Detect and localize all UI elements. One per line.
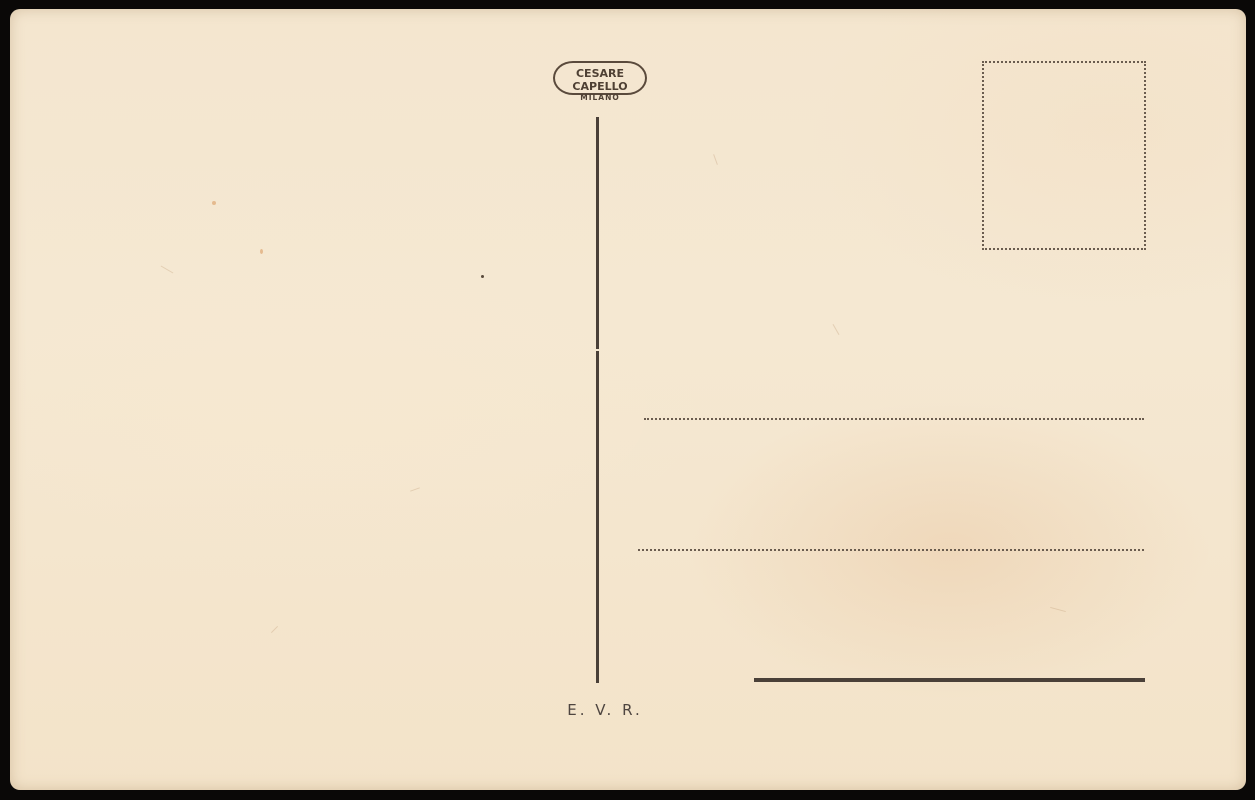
paper-fiber	[271, 626, 278, 633]
address-line-2	[638, 549, 1144, 551]
paper-stain	[212, 201, 216, 205]
address-line-1	[644, 418, 1144, 420]
paper-stain	[260, 249, 263, 254]
paper-fiber	[713, 154, 718, 165]
paper-fiber	[833, 324, 840, 335]
publisher-name: CESARE CAPELLO	[555, 67, 645, 93]
publisher-logo: CESARE CAPELLO MILANO	[553, 61, 647, 95]
paper-fiber	[410, 487, 420, 491]
address-line-3	[754, 678, 1145, 682]
printer-imprint: E. V. R.	[550, 701, 660, 719]
publisher-city: MILANO	[555, 93, 645, 102]
ink-speck	[481, 275, 484, 278]
center-divider-bottom	[596, 351, 599, 683]
postcard-back: CESARE CAPELLO MILANO E. V. R.	[10, 9, 1246, 790]
paper-fiber	[1050, 607, 1066, 612]
paper-fiber	[161, 266, 174, 274]
center-divider-top	[596, 117, 599, 349]
stamp-box	[982, 61, 1146, 250]
